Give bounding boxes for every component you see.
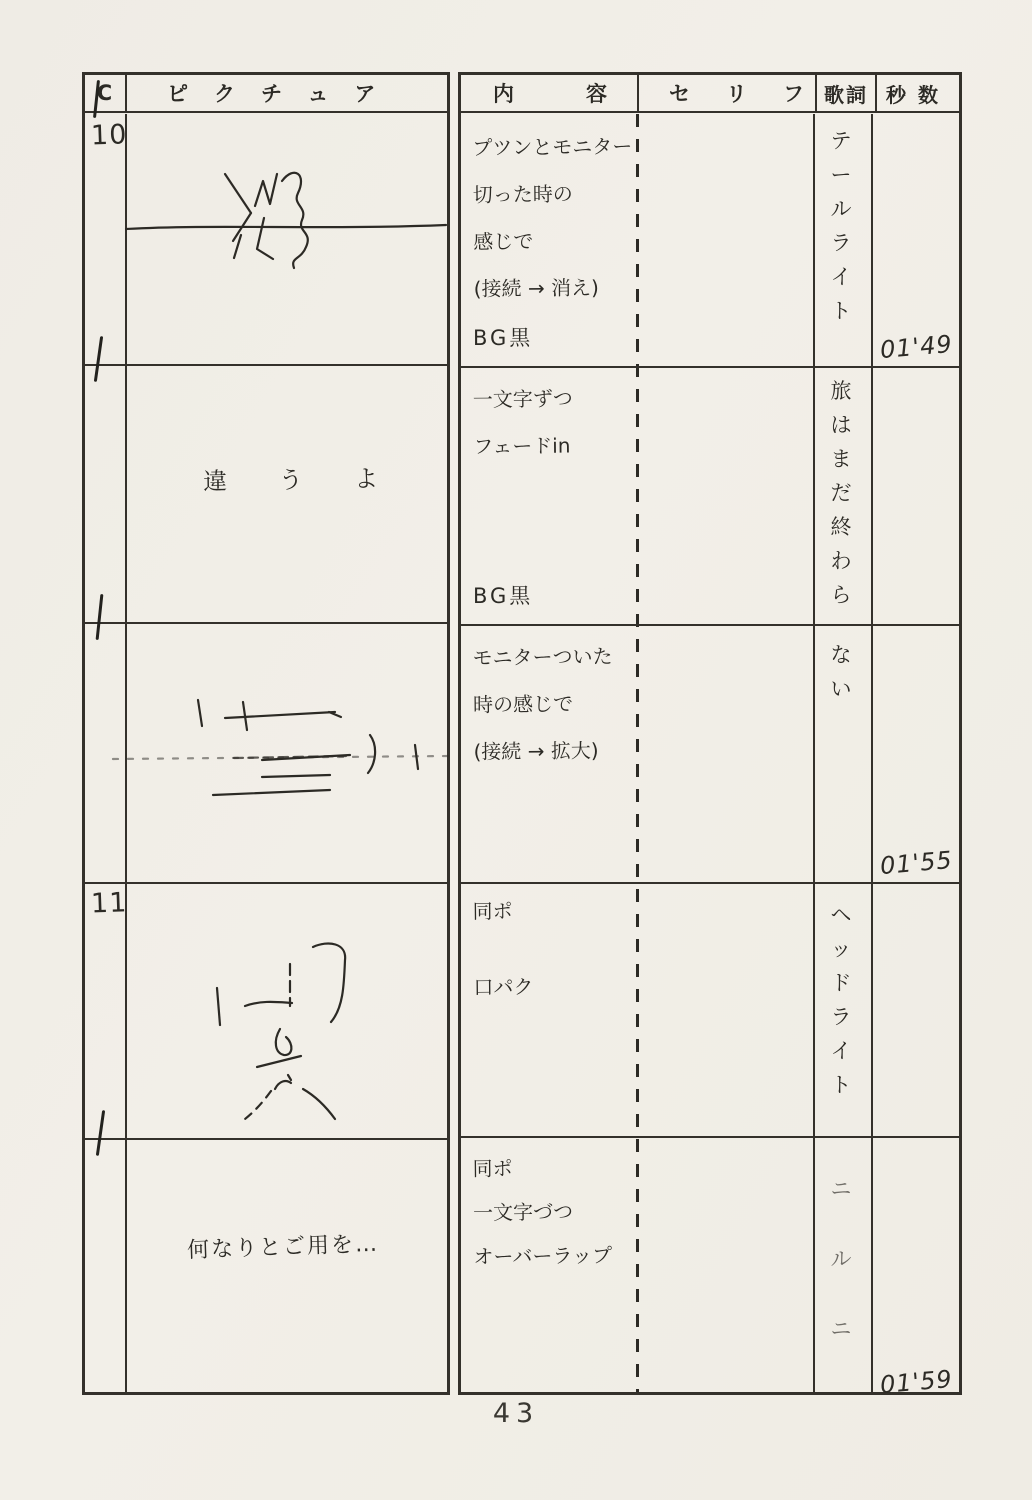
- bg-note: BG黒: [473, 580, 533, 610]
- lyrics-text: 旅 は ま だ 終 わ ら: [819, 374, 863, 612]
- sketch-monitor-turn-on: [84, 616, 450, 876]
- cut-column-header: C: [85, 81, 125, 105]
- content-row-2: 一文字ずつ フェードin BG黒 旅 は ま だ 終 わ ら: [461, 366, 959, 624]
- picture-row-2: 違 う よ: [85, 364, 447, 622]
- picture-row-5: 何なりとご用を…: [85, 1138, 447, 1401]
- timecode: 01'55: [879, 845, 954, 879]
- cut-number: 11: [90, 887, 123, 919]
- lyrics-column-header: 歌詞: [817, 79, 875, 108]
- seconds-column-header: 秒数: [877, 79, 959, 108]
- content-table-body: プツンとモニター 切った時の 感じで (接続 → 消え) BG黒 テ ー ル ラ…: [461, 114, 959, 1393]
- content-table-header: 内容 セリフ 歌詞 秒数: [461, 75, 959, 113]
- content-row-4: 同ポ 口パク ヘ ッ ド ラ イ ト: [461, 882, 959, 1136]
- content-text: 同ポ 口パク: [472, 891, 533, 1006]
- timecode: 01'49: [879, 329, 954, 363]
- content-text: 一文字ずつ フェードin: [473, 375, 574, 470]
- content-text: モニターついた 時の感じで (接続 → 拡大): [472, 633, 613, 775]
- lyrics-text: ニ ル ニ: [819, 1154, 863, 1364]
- page-number: 43: [0, 1398, 1032, 1429]
- content-column-header: 内容: [461, 78, 637, 108]
- bg-note: BG黒: [473, 322, 533, 352]
- content-table: 内容 セリフ 歌詞 秒数 プツンとモニター 切った時の 感じで (接続 → 消え…: [458, 72, 962, 1395]
- lyrics-text: な い: [819, 638, 863, 706]
- picture-column-header: ピクチュア: [127, 78, 447, 108]
- picture-caption: 何なりとご用を…: [187, 1226, 380, 1264]
- content-text: 同ポ 一文字づつ オーバーラップ: [472, 1145, 612, 1278]
- content-row-3: モニターついた 時の感じで (接続 → 拡大) な い 01'55: [461, 624, 959, 882]
- lyrics-text: テ ー ル ラ イ ト: [819, 124, 863, 328]
- content-text: プツンとモニター 切った時の 感じで (接続 → 消え): [472, 123, 634, 313]
- picture-caption: 違 う よ: [203, 458, 401, 496]
- timecode: 01'59: [879, 1364, 954, 1398]
- dialogue-column-header: セリフ: [639, 78, 815, 108]
- sketch-monitor-cut-off: [124, 108, 448, 358]
- cut-number: 10: [90, 119, 123, 151]
- content-row-1: プツンとモニター 切った時の 感じで (接続 → 消え) BG黒 テ ー ル ラ…: [461, 114, 959, 366]
- sketch-character-face: [124, 876, 448, 1132]
- lyrics-text: ヘ ッ ド ラ イ ト: [819, 898, 863, 1102]
- content-row-5: 同ポ 一文字づつ オーバーラップ ニ ル ニ 01'59: [461, 1136, 959, 1401]
